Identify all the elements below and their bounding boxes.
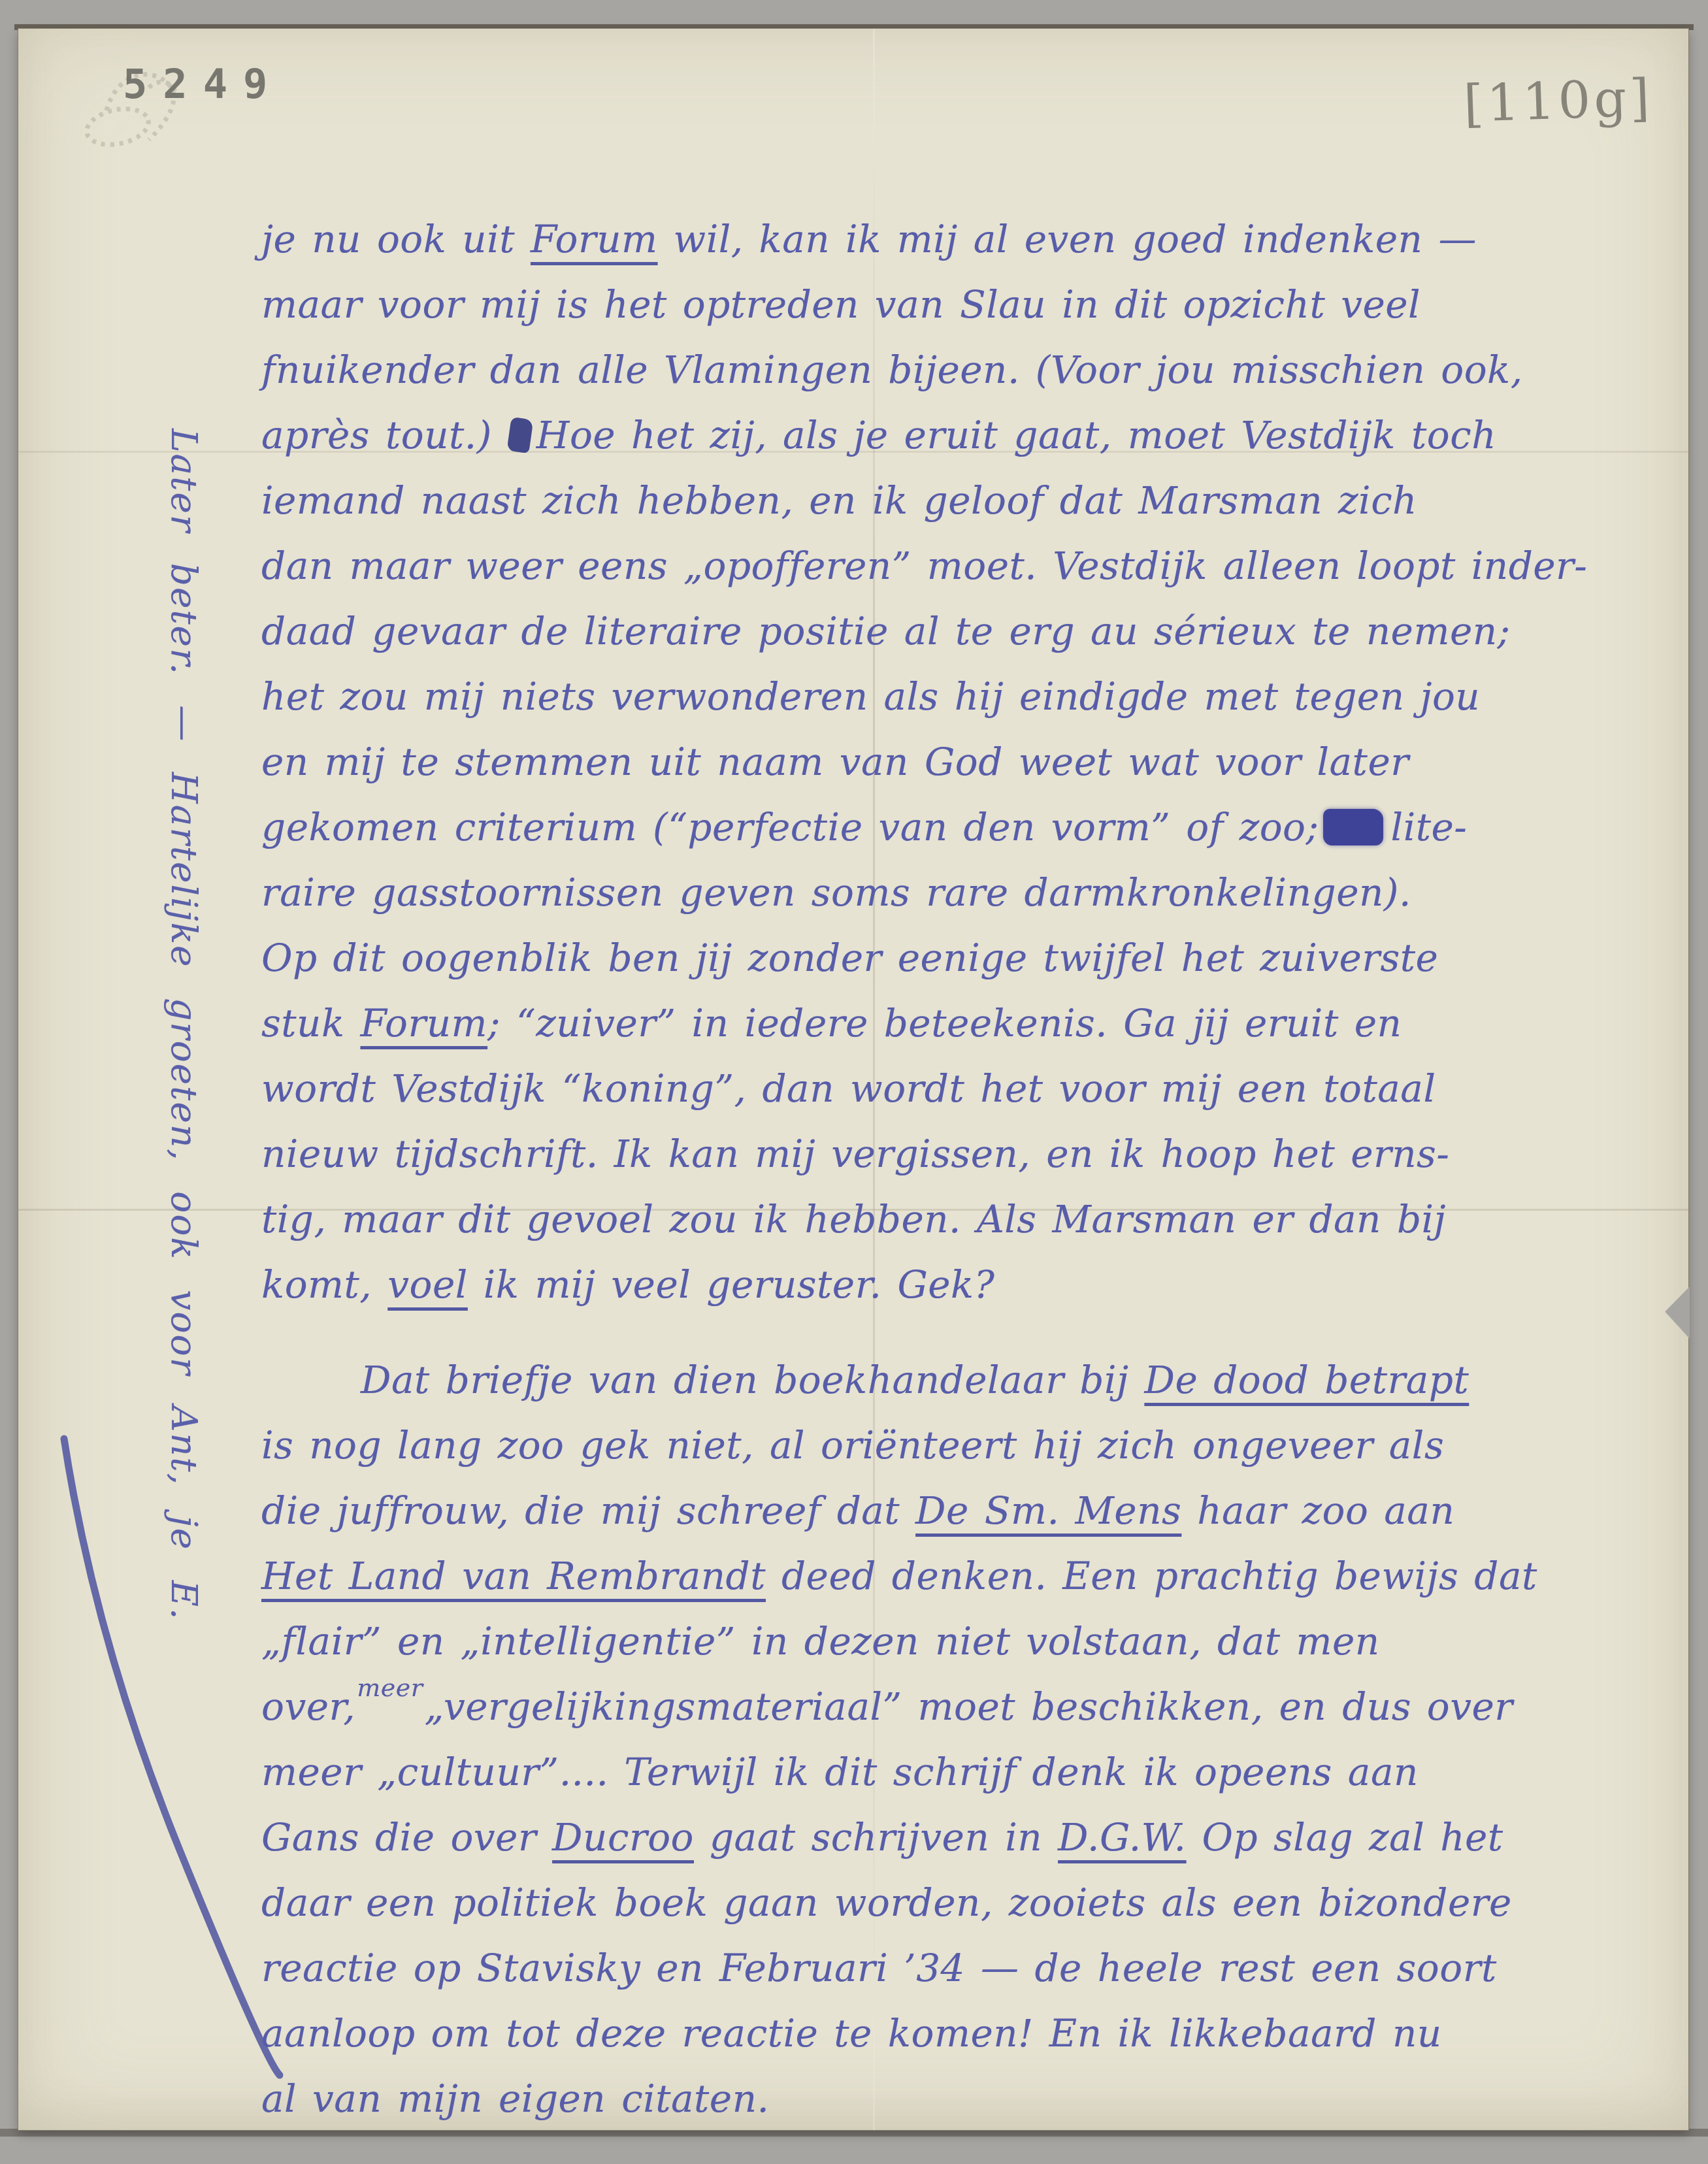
text-segment: tig, maar dit gevoel zou ik hebben. Als … (261, 1197, 1446, 1241)
letter-line: wordt Vestdijk “koning”, dan wordt het v… (261, 1056, 1607, 1121)
text-segment: ik mij veel geruster. Gek? (468, 1262, 995, 1307)
text-segment: gekomen criterium (“perfectie van den vo… (261, 805, 1319, 849)
letter-line: komt, voel ik mij veel geruster. Gek? (261, 1252, 1607, 1317)
letter-line: je nu ook uit Forum wil, kan ik mij al e… (261, 206, 1607, 272)
text-segment: stuk (261, 1001, 361, 1045)
letter-line: „flair” en „intelligentie” in dezen niet… (261, 1609, 1607, 1674)
paper-tear-notch (1662, 1287, 1690, 1339)
letter-line: gekomen criterium (“perfectie van den vo… (261, 795, 1607, 860)
letter-line: maar voor mij is het optreden van Slau i… (261, 272, 1607, 337)
text-segment: aanloop om tot deze reactie te komen! En… (261, 2011, 1442, 2056)
letter-line: iemand naast zich hebben, en ik geloof d… (261, 468, 1607, 533)
text-segment: reactie op Stavisky en Februari ’34 — de… (261, 1946, 1497, 1990)
letter-line: meer „cultuur”.... Terwijl ik dit schrij… (261, 1739, 1607, 1805)
underlined-phrase: voel (387, 1262, 468, 1307)
underlined-phrase: Het Land van Rembrandt (261, 1554, 766, 1598)
underlined-phrase: De dood betrapt (1144, 1358, 1469, 1402)
text-segment: daad gevaar de literaire positie al te e… (261, 609, 1511, 653)
pencil-folio-mark: [110g] (1463, 69, 1654, 134)
letter-line: fnuikender dan alle Vlamingen bijeen. (V… (261, 337, 1607, 402)
text-segment: iemand naast zich hebben, en ik geloof d… (261, 478, 1417, 523)
letter-line: al van mijn eigen citaten. (261, 2066, 1607, 2131)
letter-line: Op dit oogenblik ben jij zonder eenige t… (261, 925, 1607, 991)
text-segment: nieuw tijdschrift. Ik kan mij vergissen,… (261, 1132, 1449, 1176)
letter-line: raire gasstoornissen geven soms rare dar… (261, 860, 1607, 925)
text-segment: raire gasstoornissen geven soms rare dar… (261, 870, 1411, 915)
text-segment: komt, (261, 1262, 387, 1307)
text-segment: meer „cultuur”.... Terwijl ik dit schrij… (261, 1750, 1419, 1794)
text-segment: al van mijn eigen citaten. (261, 2076, 769, 2121)
text-segment: het zou mij niets verwonderen als hij ei… (261, 674, 1480, 719)
text-segment: deed denken. Een prachtig bewijs dat (766, 1554, 1537, 1598)
letter-line: het zou mij niets verwonderen als hij ei… (261, 664, 1607, 729)
text-segment: Op dit oogenblik ben jij zonder eenige t… (261, 936, 1438, 980)
underlined-phrase: D.G.W. (1058, 1815, 1186, 1860)
letter-line: aanloop om tot deze reactie te komen! En… (261, 2001, 1607, 2066)
text-segment: Hoe het zij, als je eruit gaat, moet Ves… (536, 413, 1496, 457)
letter-line: over,meer„vergelijkingsmateriaal” moet b… (261, 1674, 1607, 1739)
letter-body: je nu ook uit Forum wil, kan ik mij al e… (261, 206, 1607, 2131)
text-segment: fnuikender dan alle Vlamingen bijeen. (V… (261, 348, 1523, 392)
letter-line: en mij te stemmen uit naam van God weet … (261, 729, 1607, 795)
text-segment: haar zoo aan (1181, 1488, 1454, 1533)
text-segment: maar voor mij is het optreden van Slau i… (261, 282, 1421, 327)
paragraph: Dat briefje van dien boekhandelaar bij D… (261, 1347, 1607, 2131)
underlined-phrase: Forum (531, 217, 658, 261)
paragraph: je nu ook uit Forum wil, kan ik mij al e… (261, 206, 1607, 1317)
letter-line: Gans die over Ducroo gaat schrijven in D… (261, 1805, 1607, 1870)
text-segment: wordt Vestdijk “koning”, dan wordt het v… (261, 1066, 1436, 1111)
underlined-phrase: De Sm. Mens (915, 1488, 1181, 1533)
letter-line: reactie op Stavisky en Februari ’34 — de… (261, 1935, 1607, 2001)
ink-blot (506, 417, 533, 453)
letter-line: die juffrouw, die mij schreef dat De Sm.… (261, 1478, 1607, 1543)
text-segment: Op slag zal het (1187, 1815, 1503, 1860)
underlined-phrase: Forum (361, 1001, 488, 1045)
text-segment: die juffrouw, die mij schreef dat (261, 1488, 915, 1533)
text-segment: dan maar weer eens „opofferen” moet. Ves… (261, 544, 1587, 588)
archive-stamp-number: 5249 (123, 60, 283, 108)
text-segment: je nu ook uit (261, 217, 531, 261)
text-segment: ; “zuiver” in iedere beteekenis. Ga jij … (487, 1001, 1402, 1045)
text-segment: gaat schrijven in (694, 1815, 1058, 1860)
letter-line: dan maar weer eens „opofferen” moet. Ves… (261, 533, 1607, 598)
text-segment: Dat briefje van dien boekhandelaar bij (361, 1358, 1144, 1402)
ink-blot (1323, 809, 1383, 845)
letter-line: stuk Forum; “zuiver” in iedere beteekeni… (261, 991, 1607, 1056)
letter-line: Dat briefje van dien boekhandelaar bij D… (261, 1347, 1607, 1413)
letter-line: daar een politiek boek gaan worden, zooi… (261, 1870, 1607, 1935)
inserted-word: meer (357, 1673, 423, 1702)
letter-line: nieuw tijdschrift. Ik kan mij vergissen,… (261, 1121, 1607, 1187)
text-segment: après tout.) (261, 413, 508, 457)
letter-line: is nog lang zoo gek niet, al oriënteert … (261, 1413, 1607, 1478)
letter-line: daad gevaar de literaire positie al te e… (261, 598, 1607, 664)
text-segment: wil, kan ik mij al even goed indenken — (658, 217, 1477, 261)
text-segment: Gans die over (261, 1815, 552, 1860)
letter-line: tig, maar dit gevoel zou ik hebben. Als … (261, 1187, 1607, 1252)
text-segment: en mij te stemmen uit naam van God weet … (261, 740, 1409, 784)
letter-line: Het Land van Rembrandt deed denken. Een … (261, 1543, 1607, 1609)
letter-line: après tout.) Hoe het zij, als je eruit g… (261, 402, 1607, 468)
text-segment: lite- (1391, 805, 1468, 849)
text-segment: over, (261, 1684, 355, 1729)
screenshot-root: { "scan": { "background_color": "#a6a5a2… (0, 0, 1708, 2164)
text-segment: is nog lang zoo gek niet, al oriënteert … (261, 1423, 1444, 1467)
letter-paper: 5249 [110g] Later beter. — Hartelijke gr… (18, 29, 1688, 2130)
text-segment: „flair” en „intelligentie” in dezen niet… (261, 1619, 1380, 1664)
text-segment: daar een politiek boek gaan worden, zooi… (261, 1880, 1512, 1925)
text-segment: „vergelijkingsmateriaal” moet beschikken… (425, 1684, 1513, 1729)
underlined-phrase: Ducroo (552, 1815, 694, 1860)
